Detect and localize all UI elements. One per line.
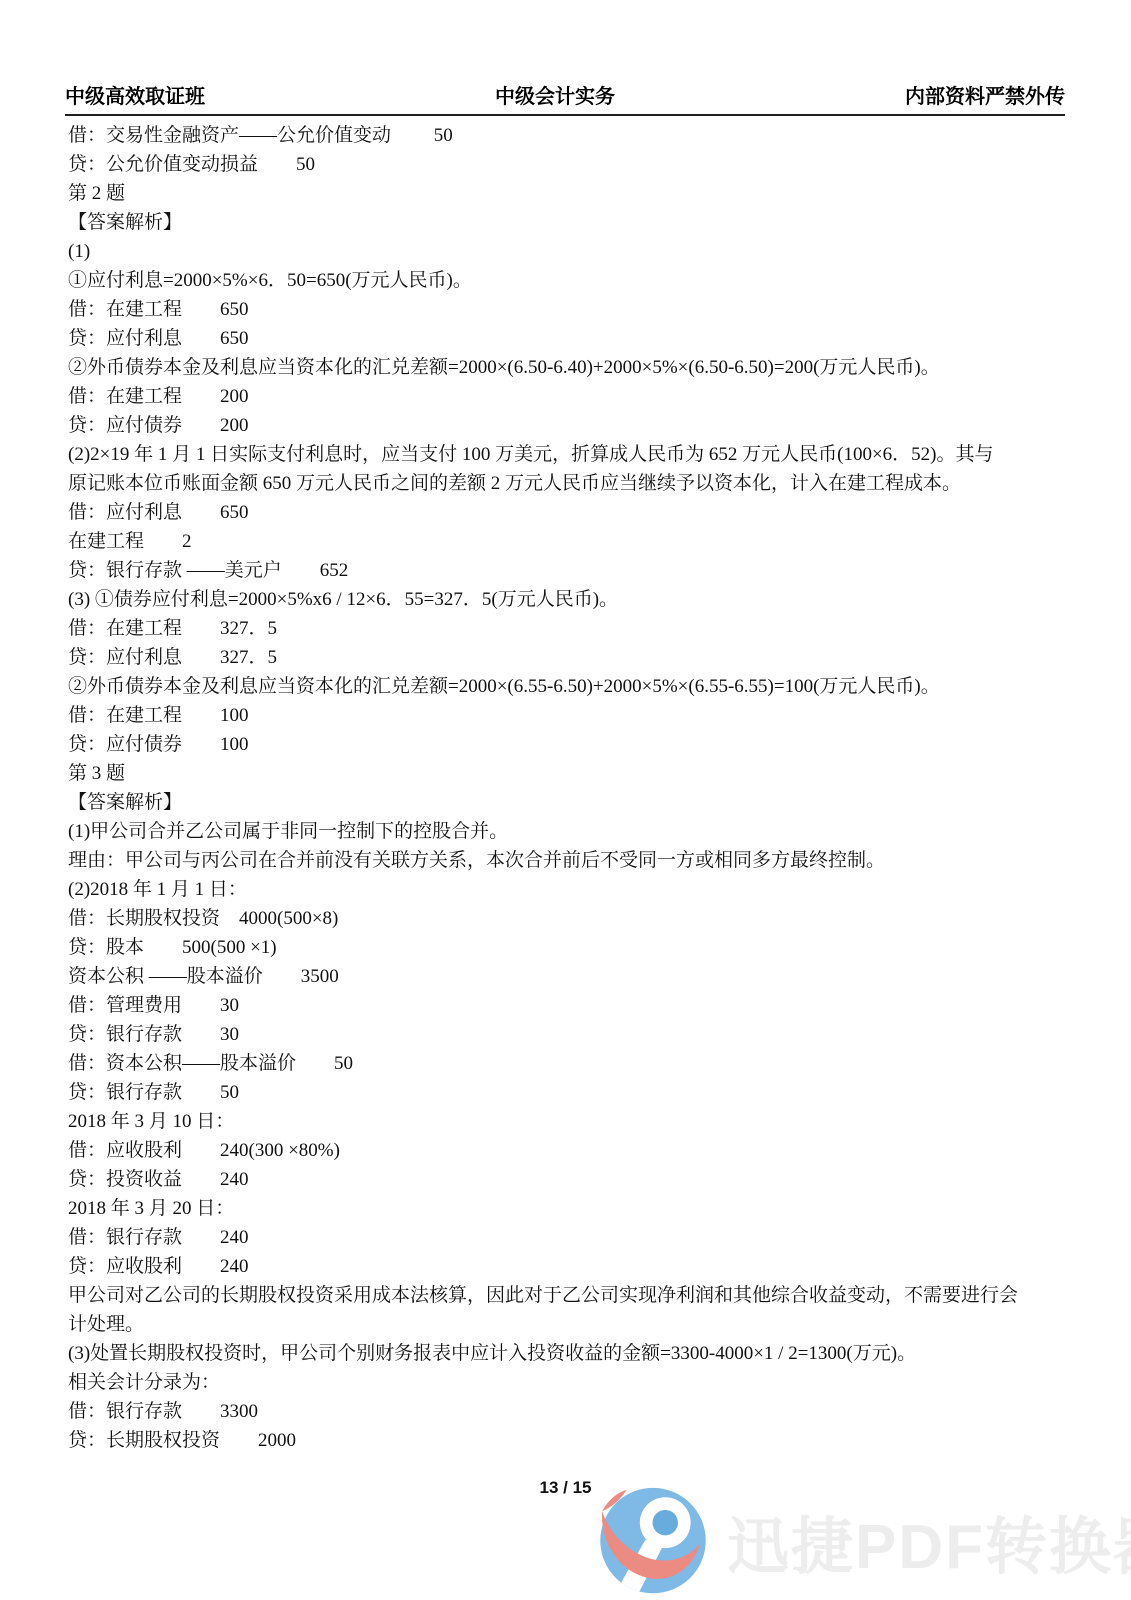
header-confidential-notice: 内部资料严禁外传 bbox=[905, 80, 1065, 109]
text-line: ②外币债券本金及利息应当资本化的汇兑差额=2000×(6.50-6.40)+20… bbox=[68, 353, 1076, 382]
header-subject-title: 中级会计实务 bbox=[495, 80, 615, 109]
text-line: 借：在建工程 100 bbox=[68, 701, 1076, 730]
header-course-name: 中级高效取证班 bbox=[65, 80, 205, 109]
text-line: 借：银行存款 240 bbox=[68, 1223, 1076, 1252]
text-line: 借：资本公积——股本溢价 50 bbox=[68, 1049, 1076, 1078]
text-line: 借：在建工程 327．5 bbox=[68, 614, 1076, 643]
page-header: 中级高效取证班 中级会计实务 内部资料严禁外传 bbox=[65, 80, 1065, 109]
text-line: 理由：甲公司与丙公司在合并前没有关联方关系，本次合并前后不受同一方或相同多方最终… bbox=[68, 846, 1076, 875]
text-line: 借：交易性金融资产——公允价值变动 50 bbox=[68, 121, 1076, 150]
text-line: 借：管理费用 30 bbox=[68, 991, 1076, 1020]
text-line: ②外币债券本金及利息应当资本化的汇兑差额=2000×(6.55-6.50)+20… bbox=[68, 672, 1076, 701]
text-line: 第 3 题 bbox=[68, 759, 1076, 788]
watermark: 迅捷PDF转换器 bbox=[595, 1485, 1131, 1598]
text-line: ①应付利息=2000×5%×6．50=650(万元人民币)。 bbox=[68, 266, 1076, 295]
text-line: 贷：应付利息 327．5 bbox=[68, 643, 1076, 672]
header-divider bbox=[65, 114, 1065, 116]
text-line: 借：在建工程 200 bbox=[68, 382, 1076, 411]
text-line: 2018 年 3 月 10 日： bbox=[68, 1107, 1076, 1136]
text-line: (1) bbox=[68, 237, 1076, 266]
document-body: 借：交易性金融资产——公允价值变动 50贷：公允价值变动损益 50第 2 题【答… bbox=[68, 121, 1076, 1455]
text-line: 在建工程 2 bbox=[68, 527, 1076, 556]
text-line: 计处理。 bbox=[68, 1310, 1076, 1339]
text-line: (3)处置长期股权投资时，甲公司个别财务报表中应计入投资收益的金额=3300-4… bbox=[68, 1339, 1076, 1368]
text-line: 2018 年 3 月 20 日： bbox=[68, 1194, 1076, 1223]
text-line: 借：在建工程 650 bbox=[68, 295, 1076, 324]
text-line: 贷：股本 500(500 ×1) bbox=[68, 933, 1076, 962]
watermark-text: 迅捷PDF转换器 bbox=[727, 1497, 1131, 1586]
text-line: 甲公司对乙公司的长期股权投资采用成本法核算，因此对于乙公司实现净利润和其他综合收… bbox=[68, 1281, 1076, 1310]
logo-p-hole bbox=[653, 1510, 678, 1535]
text-line: 借：应付利息 650 bbox=[68, 498, 1076, 527]
text-line: 原记账本位币账面金额 650 万元人民币之间的差额 2 万元人民币应当继续予以资… bbox=[68, 469, 1076, 498]
text-line: (1)甲公司合并乙公司属于非同一控制下的控股合并。 bbox=[68, 817, 1076, 846]
text-line: (2)2018 年 1 月 1 日： bbox=[68, 875, 1076, 904]
pdf-converter-logo-icon bbox=[595, 1485, 711, 1598]
text-line: 贷：应收股利 240 bbox=[68, 1252, 1076, 1281]
text-line: 【答案解析】 bbox=[68, 788, 1076, 817]
text-line: 贷：投资收益 240 bbox=[68, 1165, 1076, 1194]
text-line: 贷：银行存款 30 bbox=[68, 1020, 1076, 1049]
text-line: 借：银行存款 3300 bbox=[68, 1397, 1076, 1426]
text-line: 资本公积 ——股本溢价 3500 bbox=[68, 962, 1076, 991]
text-line: 贷：应付债券 200 bbox=[68, 411, 1076, 440]
page-number: 13 / 15 bbox=[0, 1478, 1131, 1498]
text-line: 相关会计分录为： bbox=[68, 1368, 1076, 1397]
text-line: 【答案解析】 bbox=[68, 208, 1076, 237]
text-line: 贷：银行存款 ——美元户 652 bbox=[68, 556, 1076, 585]
text-line: (2)2×19 年 1 月 1 日实际支付利息时，应当支付 100 万美元，折算… bbox=[68, 440, 1076, 469]
text-line: 借：应收股利 240(300 ×80%) bbox=[68, 1136, 1076, 1165]
text-line: 贷：应付债券 100 bbox=[68, 730, 1076, 759]
text-line: 借：长期股权投资 4000(500×8) bbox=[68, 904, 1076, 933]
text-line: 贷：应付利息 650 bbox=[68, 324, 1076, 353]
text-line: 贷：银行存款 50 bbox=[68, 1078, 1076, 1107]
text-line: 贷：长期股权投资 2000 bbox=[68, 1426, 1076, 1455]
text-line: 第 2 题 bbox=[68, 179, 1076, 208]
text-line: (3) ①债券应付利息=2000×5%x6 / 12×6．55=327．5(万元… bbox=[68, 585, 1076, 614]
text-line: 贷：公允价值变动损益 50 bbox=[68, 150, 1076, 179]
document-page: 中级高效取证班 中级会计实务 内部资料严禁外传 借：交易性金融资产——公允价值变… bbox=[0, 0, 1131, 1600]
